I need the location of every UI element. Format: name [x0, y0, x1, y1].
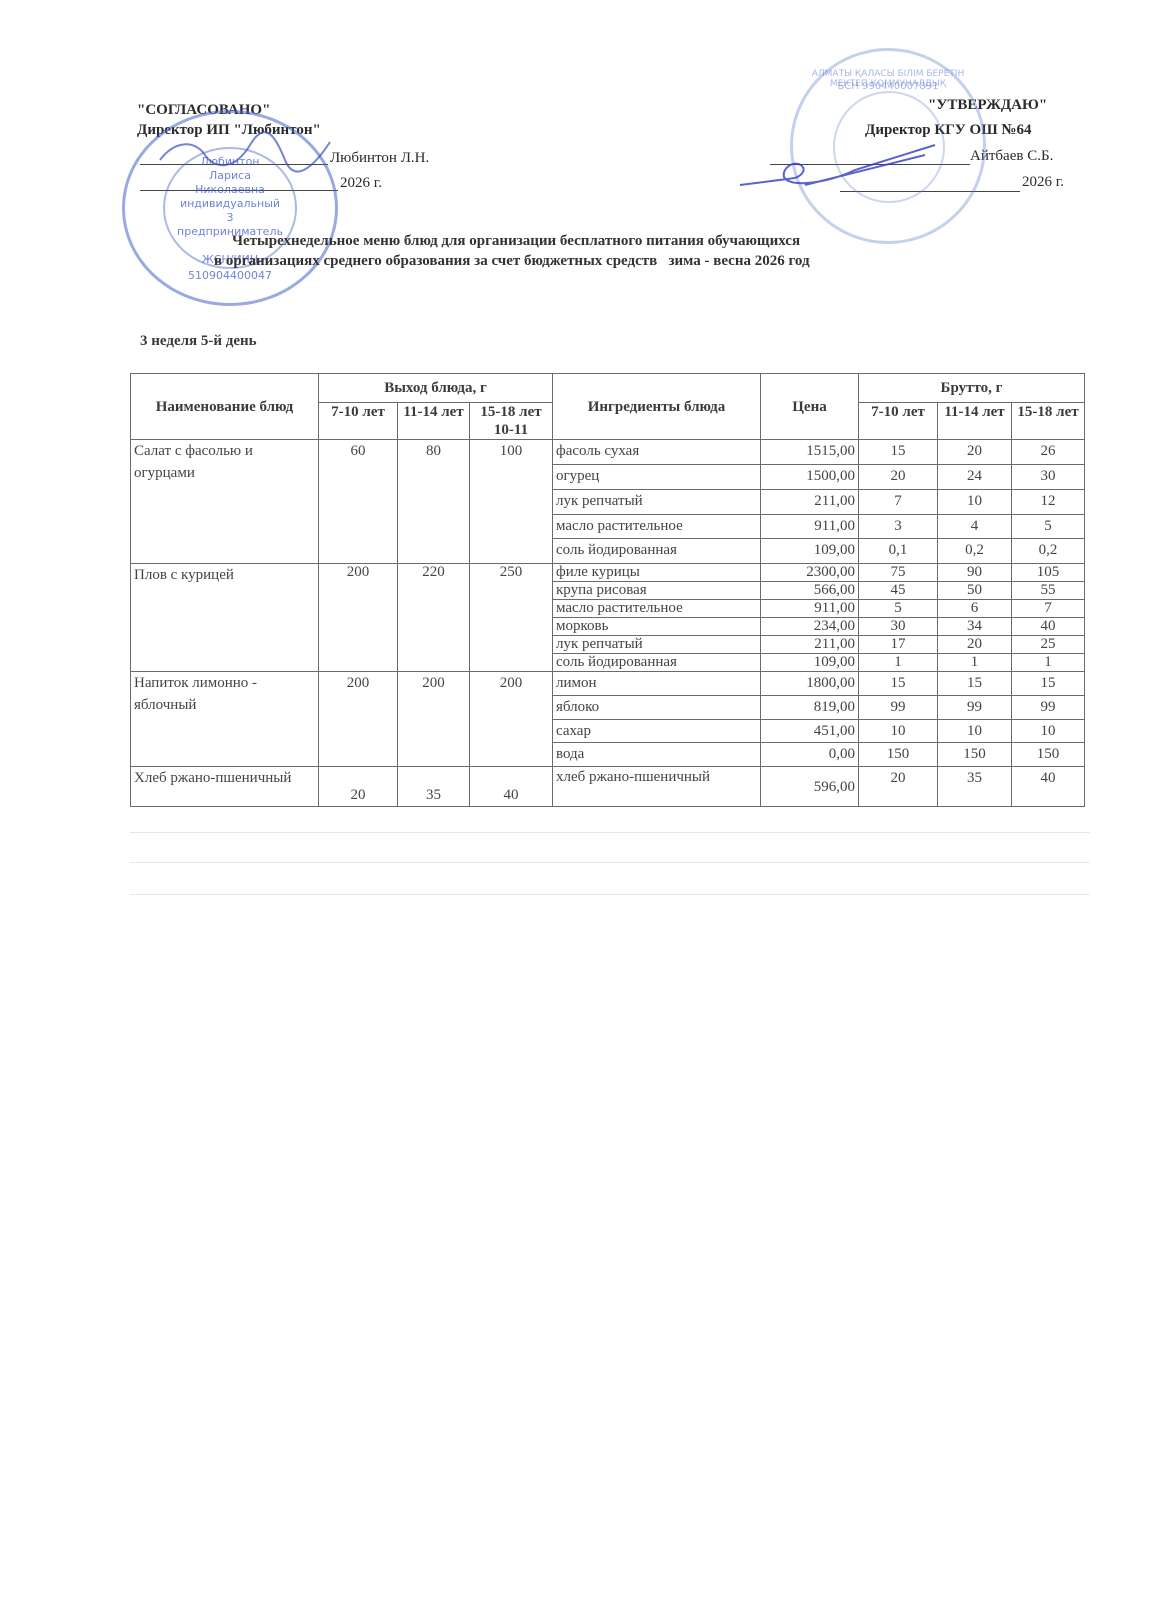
ingredient-gross: 20 — [859, 465, 938, 490]
ingredient-gross: 17 — [859, 636, 938, 654]
ingredient-name: хлеб ржано-пшеничный — [553, 767, 761, 807]
header-yield-age-15-18: 15-18 лет 10-11 — [470, 403, 553, 440]
ingredient-gross: 7 — [859, 490, 938, 515]
dish-yield: 250 — [470, 564, 553, 672]
table-row: Хлеб ржано-пшеничный203540хлеб ржано-пше… — [131, 767, 1085, 807]
document-title-line1: Четырехнедельное меню блюд для организац… — [232, 231, 800, 251]
ingredient-gross: 7 — [1012, 600, 1085, 618]
ingredient-gross: 1 — [859, 654, 938, 672]
ingredient-gross: 15 — [859, 672, 938, 696]
ingredient-gross: 1 — [1012, 654, 1085, 672]
dish-yield: 20 — [319, 767, 398, 807]
header-gross-age-7-10: 7-10 лет — [859, 403, 938, 440]
agreed-date: 2026 г. — [340, 173, 382, 193]
ingredient-name: морковь — [553, 618, 761, 636]
stamp-bin: БСН 990440007891 — [793, 81, 983, 92]
ingredient-price: 234,00 — [761, 618, 859, 636]
ingredient-price: 0,00 — [761, 743, 859, 767]
ingredient-price: 1500,00 — [761, 465, 859, 490]
ingredient-name: крупа рисовая — [553, 582, 761, 600]
right-signature — [735, 140, 965, 200]
ingredient-gross: 3 — [859, 515, 938, 539]
ingredient-name: масло растительное — [553, 515, 761, 539]
header-yield-age-11-14: 11-14 лет — [398, 403, 470, 440]
ingredient-gross: 150 — [859, 743, 938, 767]
ingredient-gross: 150 — [1012, 743, 1085, 767]
agreed-name: Любинтон Л.Н. — [330, 148, 429, 168]
document-title-line2: в организациях среднего образования за с… — [214, 251, 810, 271]
ingredient-name: сахар — [553, 720, 761, 743]
ingredient-price: 1515,00 — [761, 440, 859, 465]
ingredient-gross: 99 — [1012, 696, 1085, 720]
header-price: Цена — [761, 374, 859, 440]
ingredient-price: 451,00 — [761, 720, 859, 743]
ingredient-price: 911,00 — [761, 600, 859, 618]
ingredient-gross: 30 — [1012, 465, 1085, 490]
ingredient-gross: 20 — [859, 767, 938, 807]
ingredient-gross: 26 — [1012, 440, 1085, 465]
dish-yield: 200 — [398, 672, 470, 767]
ingredient-gross: 5 — [859, 600, 938, 618]
header-gross: Брутто, г — [859, 374, 1085, 403]
ingredient-gross: 0,1 — [859, 539, 938, 564]
header-gross-age-15-18: 15-18 лет — [1012, 403, 1085, 440]
table-row: Салат с фасолью и огурцами6080100фасоль … — [131, 440, 1085, 465]
stamp-line: индивидуальный — [125, 197, 335, 210]
ingredient-gross: 1 — [938, 654, 1012, 672]
stamp-line: Николаевна — [125, 183, 335, 196]
ingredient-price: 1800,00 — [761, 672, 859, 696]
dish-yield: 80 — [398, 440, 470, 564]
ingredient-gross: 20 — [938, 636, 1012, 654]
ingredient-gross: 12 — [1012, 490, 1085, 515]
dish-yield: 40 — [470, 767, 553, 807]
stamp-line: 3 — [125, 211, 335, 224]
dish-yield: 100 — [470, 440, 553, 564]
ingredient-gross: 34 — [938, 618, 1012, 636]
ingredient-name: лимон — [553, 672, 761, 696]
ingredient-price: 566,00 — [761, 582, 859, 600]
dish-name: Хлеб ржано-пшеничный — [131, 767, 319, 807]
ingredient-gross: 10 — [1012, 720, 1085, 743]
ingredient-gross: 40 — [1012, 618, 1085, 636]
ingredient-name: филе курицы — [553, 564, 761, 582]
ingredient-gross: 4 — [938, 515, 1012, 539]
ingredient-gross: 0,2 — [938, 539, 1012, 564]
ingredient-name: яблоко — [553, 696, 761, 720]
ingredient-gross: 30 — [859, 618, 938, 636]
ingredient-gross: 55 — [1012, 582, 1085, 600]
dish-yield: 200 — [319, 672, 398, 767]
menu-table: Наименование блюд Выход блюда, г Ингреди… — [130, 373, 1085, 807]
ingredient-gross: 99 — [938, 696, 1012, 720]
ingredient-gross: 20 — [938, 440, 1012, 465]
header-yield: Выход блюда, г — [319, 374, 553, 403]
ingredient-price: 911,00 — [761, 515, 859, 539]
ingredient-price: 109,00 — [761, 654, 859, 672]
dish-yield: 35 — [398, 767, 470, 807]
ingredient-name: соль йодированная — [553, 539, 761, 564]
ingredient-gross: 99 — [859, 696, 938, 720]
ingredient-gross: 10 — [859, 720, 938, 743]
ingredient-gross: 0,2 — [1012, 539, 1085, 564]
ingredient-gross: 15 — [938, 672, 1012, 696]
ingredient-gross: 10 — [938, 720, 1012, 743]
ingredient-gross: 150 — [938, 743, 1012, 767]
ingredient-price: 596,00 — [761, 767, 859, 807]
ingredient-name: лук репчатый — [553, 490, 761, 515]
ingredient-price: 211,00 — [761, 636, 859, 654]
header-ingredients: Ингредиенты блюда — [553, 374, 761, 440]
header-yield-age-7-10: 7-10 лет — [319, 403, 398, 440]
ingredient-price: 211,00 — [761, 490, 859, 515]
ingredient-gross: 15 — [859, 440, 938, 465]
ingredient-gross: 105 — [1012, 564, 1085, 582]
table-row: Напиток лимонно - яблочный200200200лимон… — [131, 672, 1085, 696]
left-signature — [155, 130, 335, 180]
ingredient-name: огурец — [553, 465, 761, 490]
ingredient-gross: 25 — [1012, 636, 1085, 654]
ingredient-name: масло растительное — [553, 600, 761, 618]
dish-name: Напиток лимонно - яблочный — [131, 672, 319, 767]
dish-yield: 60 — [319, 440, 398, 564]
ingredient-gross: 10 — [938, 490, 1012, 515]
dish-yield: 200 — [470, 672, 553, 767]
ingredient-gross: 24 — [938, 465, 1012, 490]
ingredient-gross: 40 — [1012, 767, 1085, 807]
header-gross-age-11-14: 11-14 лет — [938, 403, 1012, 440]
bleed-through-shadow — [130, 832, 1090, 896]
ingredient-price: 819,00 — [761, 696, 859, 720]
ingredient-gross: 15 — [1012, 672, 1085, 696]
ingredient-name: вода — [553, 743, 761, 767]
ingredient-gross: 45 — [859, 582, 938, 600]
dish-yield: 220 — [398, 564, 470, 672]
dish-name: Плов с курицей — [131, 564, 319, 672]
dish-yield: 200 — [319, 564, 398, 672]
header-dish-name: Наименование блюд — [131, 374, 319, 440]
approve-date: 2026 г. — [1022, 172, 1064, 192]
ingredient-gross: 90 — [938, 564, 1012, 582]
dish-name: Салат с фасолью и огурцами — [131, 440, 319, 564]
ingredient-gross: 75 — [859, 564, 938, 582]
ingredient-price: 2300,00 — [761, 564, 859, 582]
ingredient-price: 109,00 — [761, 539, 859, 564]
ingredient-gross: 6 — [938, 600, 1012, 618]
ingredient-name: соль йодированная — [553, 654, 761, 672]
ingredient-gross: 5 — [1012, 515, 1085, 539]
ingredient-gross: 35 — [938, 767, 1012, 807]
ingredient-name: лук репчатый — [553, 636, 761, 654]
ingredient-name: фасоль сухая — [553, 440, 761, 465]
ingredient-gross: 50 — [938, 582, 1012, 600]
table-row: Плов с курицей200220250филе курицы2300,0… — [131, 564, 1085, 582]
day-label: 3 неделя 5-й день — [140, 331, 257, 351]
